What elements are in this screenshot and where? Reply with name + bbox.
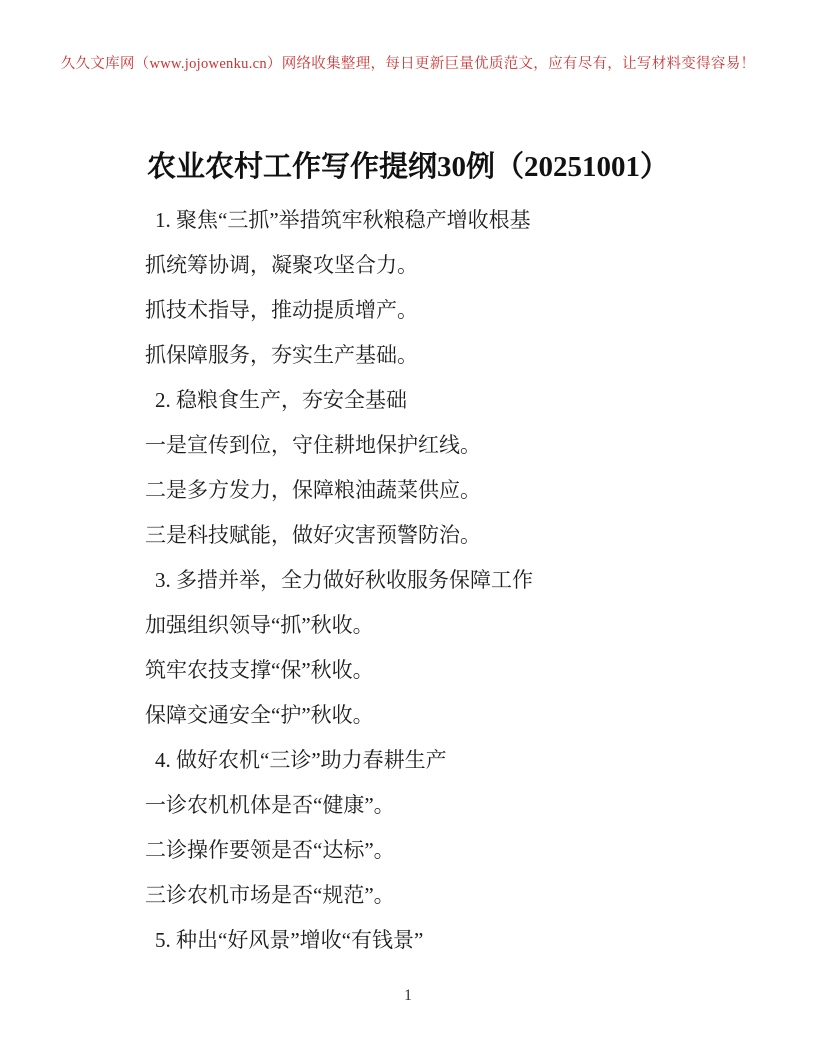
item-point: 三是科技赋能，做好灾害预警防治。 xyxy=(0,513,756,558)
page-number: 1 xyxy=(0,985,816,1007)
item-heading: 4. 做好农机“三诊”助力春耕生产 xyxy=(0,738,756,783)
item-point: 一诊农机机体是否“健康”。 xyxy=(0,783,756,828)
item-point: 二诊操作要领是否“达标”。 xyxy=(0,828,756,873)
item-point: 保障交通安全“护”秋收。 xyxy=(0,693,756,738)
item-point: 二是多方发力，保障粮油蔬菜供应。 xyxy=(0,468,756,513)
item-point: 一是宣传到位，守住耕地保护红线。 xyxy=(0,423,756,468)
item-point: 加强组织领导“抓”秋收。 xyxy=(0,603,756,648)
document-body: 1. 聚焦“三抓”举措筑牢秋粮稳产增收根基抓统筹协调，凝聚攻坚合力。抓技术指导，… xyxy=(0,198,756,963)
item-point: 抓技术指导，推动提质增产。 xyxy=(0,288,756,333)
item-point: 抓统筹协调，凝聚攻坚合力。 xyxy=(0,243,756,288)
item-point: 抓保障服务，夯实生产基础。 xyxy=(0,333,756,378)
item-point: 三诊农机市场是否“规范”。 xyxy=(0,873,756,918)
item-point: 筑牢农技支撑“保”秋收。 xyxy=(0,648,756,693)
item-heading: 3. 多措并举，全力做好秋收服务保障工作 xyxy=(0,558,756,603)
document-title: 农业农村工作写作提纲30例（20251001） xyxy=(0,146,816,188)
item-heading: 2. 稳粮食生产，夯安全基础 xyxy=(0,378,756,423)
item-heading: 5. 种出“好风景”增收“有钱景” xyxy=(0,918,756,963)
item-heading: 1. 聚焦“三抓”举措筑牢秋粮稳产增收根基 xyxy=(0,198,756,243)
site-watermark-header: 久久文库网（www.jojowenku.cn）网络收集整理，每日更新巨量优质范文… xyxy=(50,53,766,75)
document-page: 久久文库网（www.jojowenku.cn）网络收集整理，每日更新巨量优质范文… xyxy=(0,0,816,1056)
